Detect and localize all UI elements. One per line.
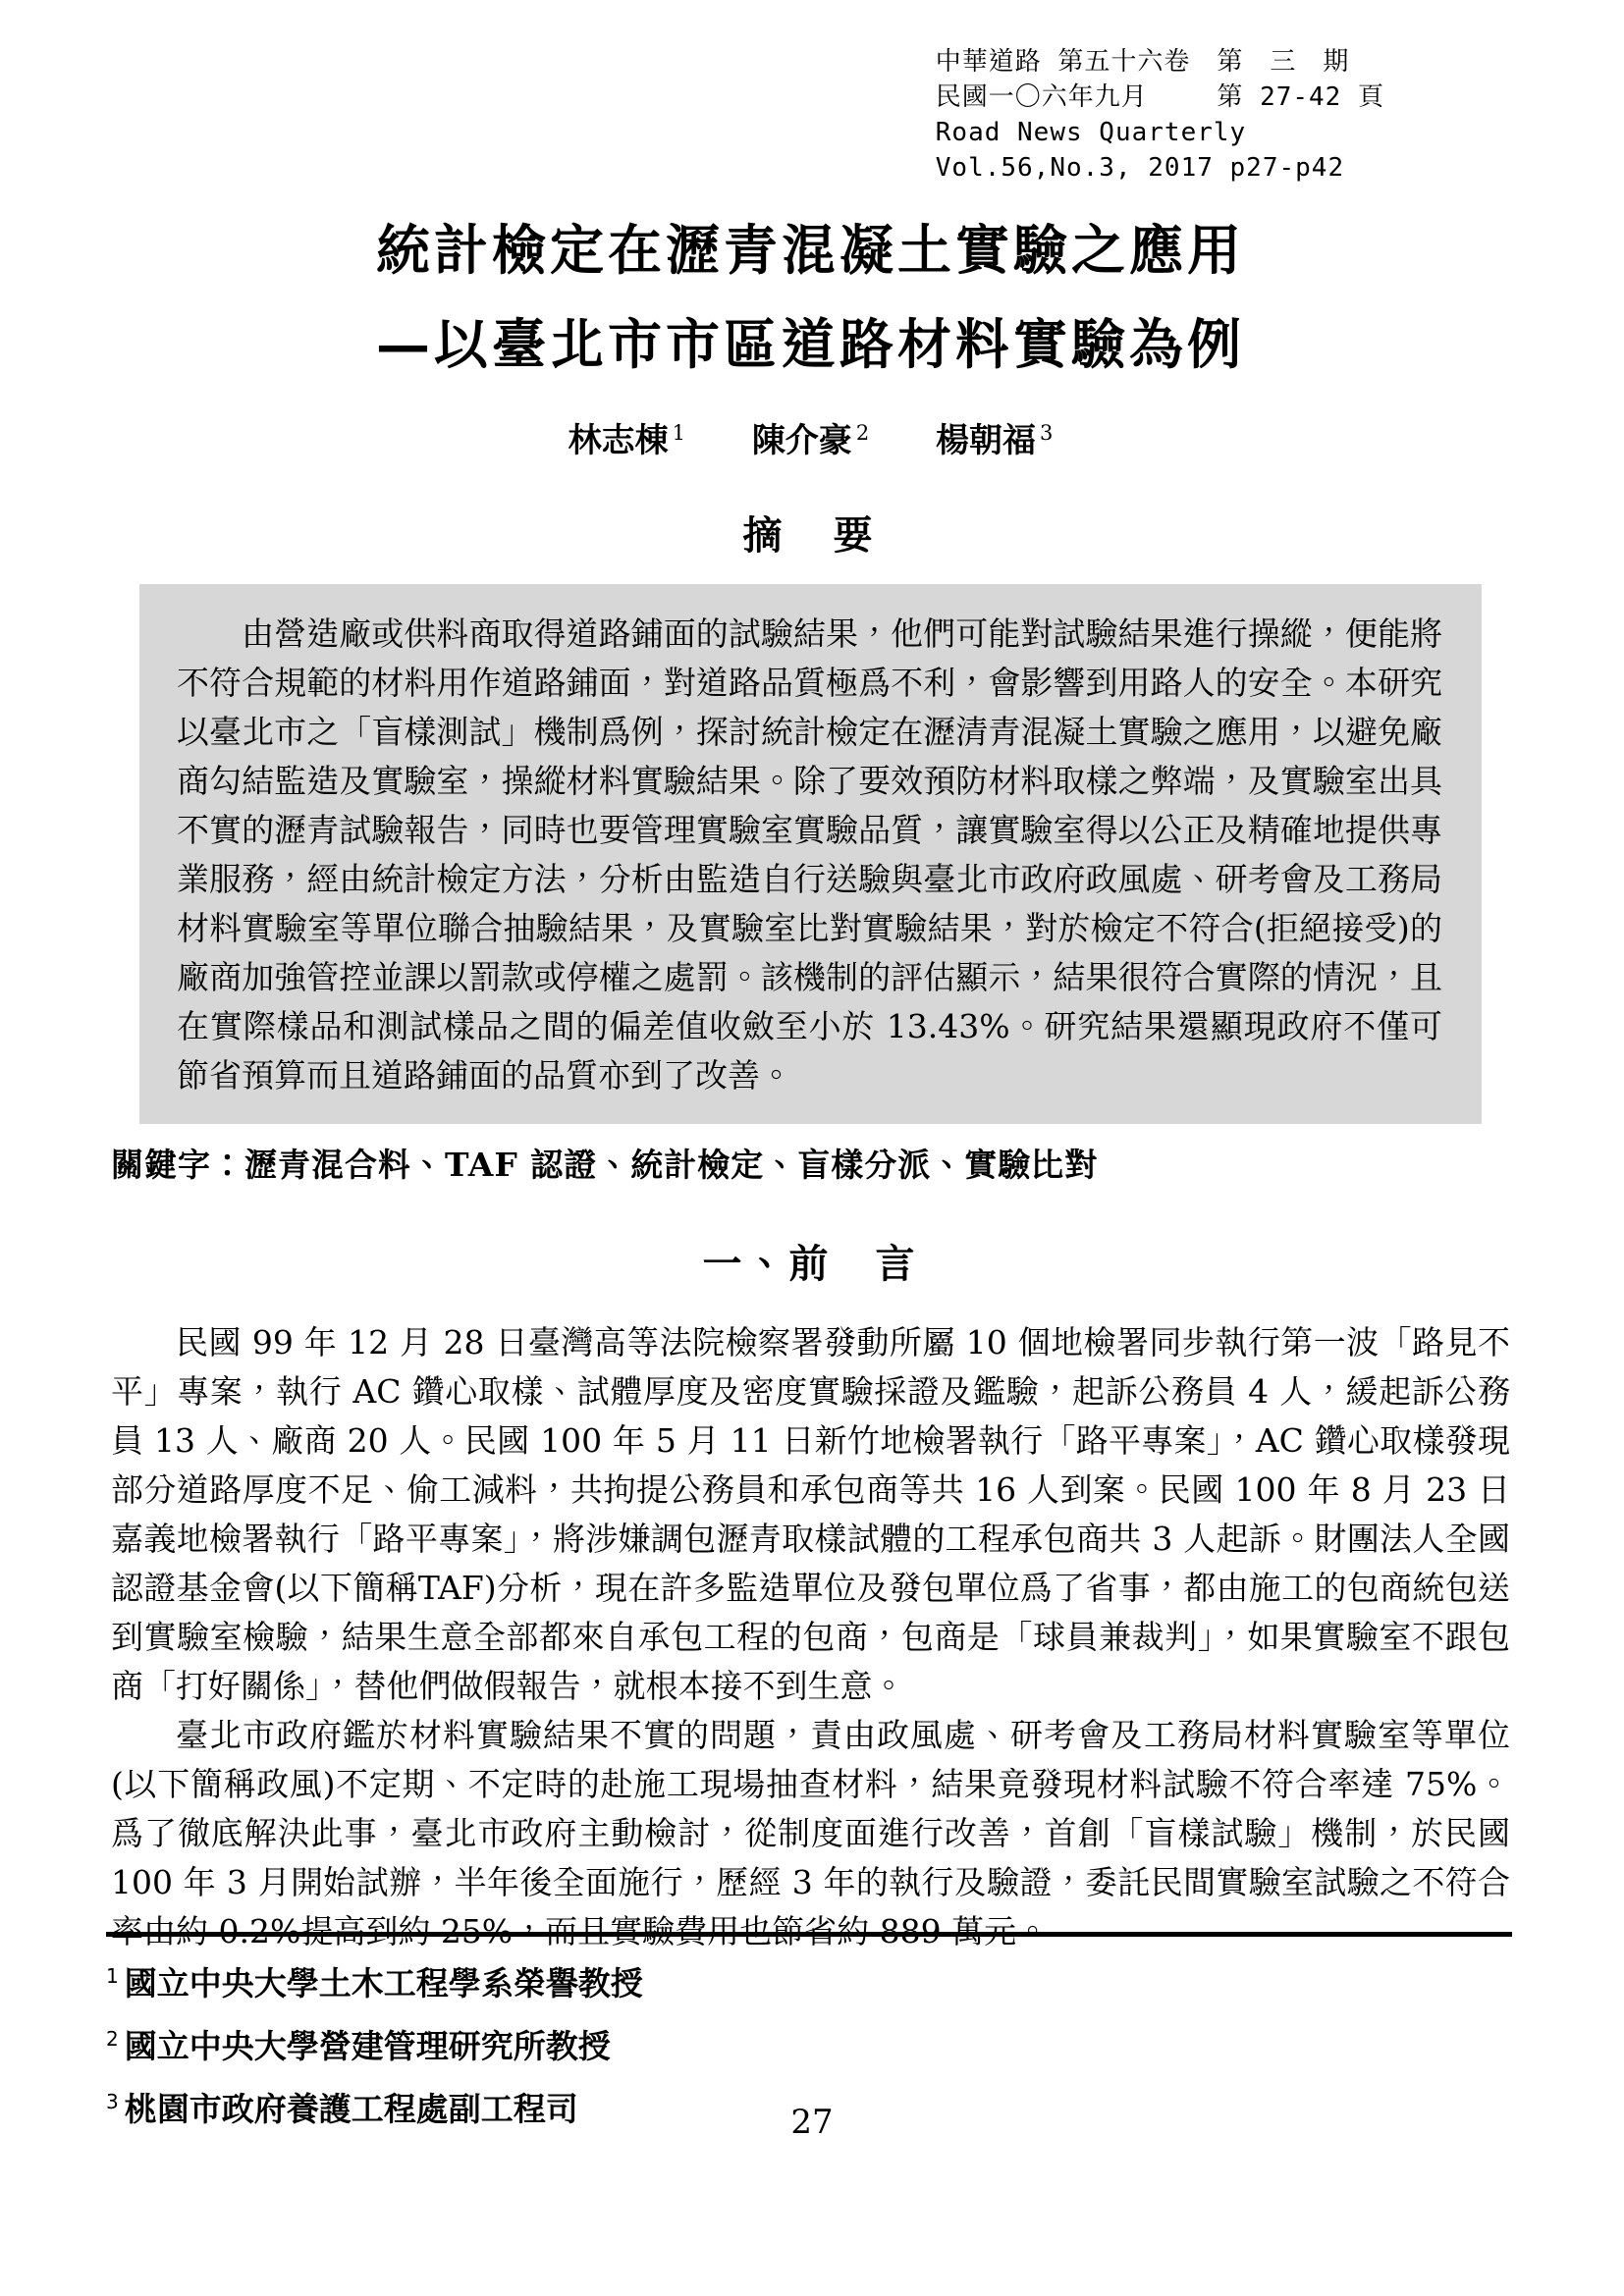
introduction-paragraph-1: 民國 99 年 12 月 28 日臺灣高等法院檢察署發動所屬 10 個地檢署同步… — [111, 1318, 1510, 1711]
abstract-box: 由營造廠或供料商取得道路鋪面的試驗結果，他們可能對試驗結果進行操縱，便能將不符合… — [139, 584, 1482, 1124]
page-title: 統計檢定在瀝青混凝土實驗之應用 —以臺北市市區道路材料實驗為例 — [111, 203, 1510, 392]
authors-line: 林志棟1 陳介豪2 楊朝福3 — [111, 413, 1510, 461]
author-1-name: 林志棟 — [568, 421, 669, 460]
author-3-superscript: 3 — [1040, 421, 1053, 445]
footnote-1: 1國立中央大學土木工程學系榮譽教授 — [106, 1949, 1512, 2011]
footnote-divider — [106, 1932, 1512, 1937]
section-heading-introduction: 一、前 言 — [111, 1233, 1510, 1289]
page-number: 27 — [0, 2103, 1624, 2142]
author-2-superscript: 2 — [856, 421, 869, 445]
author-3-name: 楊朝福 — [936, 421, 1036, 460]
journal-header-name-en: Road News Quarterly — [936, 115, 1384, 150]
journal-header-volume-en: Vol.56,No.3, 2017 p27-p42 — [936, 150, 1384, 186]
author-1: 林志棟1 — [568, 421, 685, 460]
abstract-heading: 摘 要 — [111, 505, 1510, 561]
author-3: 楊朝福3 — [936, 421, 1053, 460]
document-page: 中華道路 第五十六卷 第 三 期 民國一〇六年九月 第 27-42 頁 Road… — [0, 0, 1624, 2296]
introduction-paragraph-2: 臺北市政府鑑於材料實驗結果不實的問題，責由政風處、研考會及工務局材料實驗室等單位… — [111, 1711, 1510, 1956]
footnote-2: 2國立中央大學營建管理研究所教授 — [106, 2011, 1512, 2074]
journal-header: 中華道路 第五十六卷 第 三 期 民國一〇六年九月 第 27-42 頁 Road… — [936, 44, 1384, 186]
abstract-text: 由營造廠或供料商取得道路鋪面的試驗結果，他們可能對試驗結果進行操縱，便能將不符合… — [177, 614, 1442, 1095]
footnote-2-superscript: 2 — [106, 2027, 119, 2051]
article-title-line2: —以臺北市市區道路材料實驗為例 — [111, 297, 1510, 392]
introduction-body: 民國 99 年 12 月 28 日臺灣高等法院檢察署發動所屬 10 個地檢署同步… — [111, 1318, 1510, 1956]
footnote-1-superscript: 1 — [106, 1964, 119, 1988]
article-title-line1: 統計檢定在瀝青混凝土實驗之應用 — [111, 203, 1510, 297]
author-1-superscript: 1 — [673, 421, 685, 445]
journal-header-date-pages-zh: 民國一〇六年九月 第 27-42 頁 — [936, 80, 1384, 115]
journal-header-volume-zh: 中華道路 第五十六卷 第 三 期 — [936, 44, 1384, 80]
author-2: 陳介豪2 — [752, 421, 869, 460]
author-2-name: 陳介豪 — [752, 421, 852, 460]
page-content: 中華道路 第五十六卷 第 三 期 民國一〇六年九月 第 27-42 頁 Road… — [0, 0, 1624, 1956]
keywords-line: 關鍵字：瀝青混合料、TAF 認證、統計檢定、盲樣分派、實驗比對 — [111, 1140, 1510, 1186]
footnote-2-text: 國立中央大學營建管理研究所教授 — [125, 2027, 611, 2065]
journal-header-row: 中華道路 第五十六卷 第 三 期 民國一〇六年九月 第 27-42 頁 Road… — [111, 44, 1510, 186]
footnote-1-text: 國立中央大學土木工程學系榮譽教授 — [125, 1964, 643, 2002]
